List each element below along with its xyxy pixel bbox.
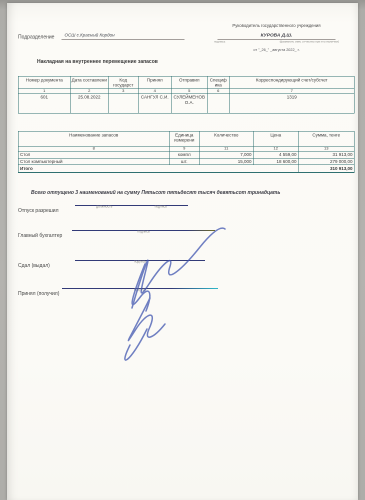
- total-value-cell: 310 913,00: [298, 165, 354, 173]
- amount-in-words: Всего отпущено 3 наименований на сумму П…: [31, 190, 341, 196]
- received-by-signature-line: подпись: [62, 288, 218, 289]
- caption-signature: подпись: [134, 288, 146, 292]
- received-by-cell: САНГУЛ С.И.: [138, 93, 171, 113]
- header-cell: Наименование запасов: [18, 131, 169, 146]
- issued-by-signature-line: подпись: [75, 260, 205, 261]
- paper-sheet: Подразделение ОСШ с.Красный Кордон Руков…: [7, 3, 358, 500]
- handwritten-signature: [67, 218, 232, 368]
- head-name: КУРОВА Д.Ш.: [261, 33, 293, 39]
- department-value: ОСШ с.Красный Кордон: [64, 33, 114, 38]
- table-header-row: Наименование запасов Единица измерени Ко…: [18, 131, 354, 146]
- item-name-cell: Стол: [18, 151, 169, 158]
- chief-accountant-signature-line: подпись: [72, 230, 215, 231]
- scanned-document: { "department": { "label": "Подразделени…: [0, 0, 365, 500]
- account-cell: 1319: [229, 93, 354, 113]
- item-unit-cell: компл: [169, 151, 199, 158]
- item-qty-cell: 15,000: [199, 158, 253, 165]
- header-cell: Принял: [138, 76, 171, 88]
- scan-canvas: Подразделение ОСШ с.Красный Кордон Руков…: [0, 0, 365, 500]
- caption-signature: подпись: [155, 205, 167, 209]
- signature-captions: должность подпись: [75, 205, 188, 209]
- item-row: Стол компл 7,000 4 559,00 31 913,00: [18, 151, 354, 158]
- total-row: Итого 310 913,00: [18, 165, 354, 173]
- items-table: Наименование запасов Единица измерени Ко…: [18, 131, 355, 173]
- item-unit-cell: шт.: [169, 158, 199, 165]
- item-sum-cell: 31 913,00: [298, 151, 354, 158]
- header-cell: Цена: [253, 131, 298, 146]
- approval-date-line: от "_26_" _августа 2022_ г.: [197, 48, 356, 53]
- item-qty-cell: 7,000: [199, 151, 253, 158]
- header-cell: Дата составлени: [70, 76, 108, 88]
- caption-signature: подпись: [134, 260, 146, 264]
- release-approved-label: Отпуск разрешил: [18, 208, 58, 214]
- sent-by-cell: СУЛЕЙМЕНОВ О.А.: [171, 93, 207, 113]
- table-header-row: Номер документа Дата составлени Код госу…: [18, 76, 354, 88]
- spec-cell: [207, 93, 229, 113]
- item-row: Стол компьютерный шт. 15,000 18 600,00 2…: [18, 158, 354, 165]
- release-approved-signature-line: должность подпись: [75, 205, 188, 206]
- total-label-cell: Итого: [18, 165, 298, 173]
- department-underline: ОСШ с.Красный Кордон: [61, 30, 184, 40]
- document-info-table: Номер документа Дата составлени Код госу…: [18, 76, 355, 114]
- header-cell: Единица измерени: [169, 131, 199, 146]
- caption-signature: подпись: [137, 230, 149, 234]
- received-by-label: Принял (получил): [18, 291, 59, 297]
- table-row: 601 25.08.2022 САНГУЛ С.И. СУЛЕЙМЕНОВ О.…: [18, 93, 354, 113]
- department-row: Подразделение ОСШ с.Красный Кордон: [18, 30, 184, 40]
- header-cell: Отправил: [171, 76, 207, 88]
- item-price-cell: 4 559,00: [253, 151, 298, 158]
- signature-captions: подпись: [75, 260, 205, 264]
- header-cell: Специф ика: [207, 76, 229, 88]
- issued-by-label: Сдал (выдал): [18, 263, 50, 269]
- state-code-cell: [108, 93, 138, 113]
- signature-captions: подпись: [62, 288, 218, 292]
- head-captions: подпись (фамилия, имя, отчество при его …: [214, 41, 339, 44]
- head-caption-fullname: (фамилия, имя, отчество при его наличии): [280, 41, 339, 44]
- header-cell: Сумма, тенге: [298, 131, 354, 146]
- item-price-cell: 18 600,00: [253, 158, 298, 165]
- chief-accountant-label: Главный бухгалтер: [18, 233, 62, 239]
- header-cell: Корреспондирующий счет/субсчет: [229, 76, 354, 88]
- head-name-underline: КУРОВА Д.Ш.: [218, 30, 336, 40]
- header-cell: Количество: [199, 131, 253, 146]
- head-caption-signature: подпись: [214, 41, 225, 44]
- header-cell: Номер документа: [18, 76, 70, 88]
- head-org-title: Руководитель государственного учреждения: [197, 23, 356, 28]
- item-sum-cell: 279 000,00: [298, 158, 354, 165]
- item-name-cell: Стол компьютерный: [18, 158, 169, 165]
- doc-number-cell: 601: [18, 93, 70, 113]
- doc-date-cell: 25.08.2022: [70, 93, 108, 113]
- caption-position: должность: [96, 205, 112, 209]
- department-label: Подразделение: [18, 35, 54, 41]
- signature-captions: подпись: [72, 230, 215, 234]
- document-title: Накладная на внутреннее перемещение запа…: [37, 59, 158, 65]
- approval-block: Руководитель государственного учреждения…: [197, 23, 356, 52]
- header-cell: Код государст: [108, 76, 138, 88]
